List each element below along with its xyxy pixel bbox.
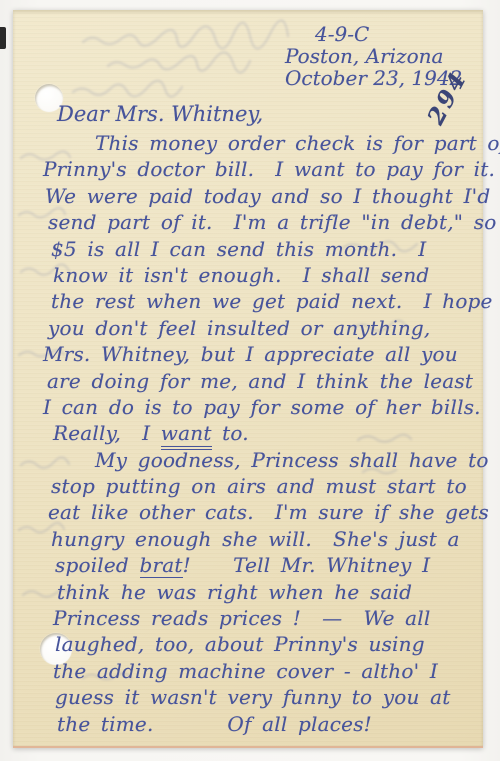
- letter-line: you don't feel insulted or anything,: [48, 315, 479, 341]
- letter-line: stop putting on airs and must start to: [51, 473, 479, 499]
- letter-line: eat like other cats. I'm sure if she get…: [48, 499, 479, 525]
- letter-line-segment: We were paid today and so I thought I'd: [45, 184, 490, 208]
- letter-header: 4-9-C Poston, Arizona October 23, 1942: [285, 23, 462, 89]
- letter-line-segment: $5 is all I can send this month. I: [51, 237, 426, 261]
- letter-line: think he was right when he said: [57, 579, 479, 605]
- letter-line: spoiled brat! Tell Mr. Whitney I: [55, 552, 479, 578]
- letter-line: This money order check is for part of: [95, 130, 479, 156]
- letter-paper: 4-9-C Poston, Arizona October 23, 1942 2…: [13, 10, 483, 748]
- letter-line-segment: are doing for me, and I think the least: [47, 369, 473, 393]
- address-line-2: Poston, Arizona: [285, 45, 462, 67]
- letter-line-segment: stop putting on airs and must start to: [51, 474, 467, 498]
- letter-line: My goodness, Princess shall have to: [95, 447, 479, 473]
- letter-line: laughed, too, about Prinny's using: [55, 631, 479, 657]
- letter-line: $5 is all I can send this month. I: [51, 236, 479, 262]
- date-line: October 23, 1942: [285, 67, 462, 89]
- letter-line-segment: the adding machine cover - altho' I: [53, 659, 438, 683]
- letter-line: guess it wasn't very funny to you at: [55, 684, 479, 710]
- letter-line-segment: ! Tell Mr. Whitney I: [183, 553, 431, 577]
- letter-line: Princess reads prices ! — We all: [53, 605, 479, 631]
- letter-line-segment: know it isn't enough. I shall send: [53, 263, 429, 287]
- letter-line-segment: hungry enough she will. She's just a: [51, 527, 460, 551]
- letter-line-segment: brat: [140, 553, 183, 578]
- letter-line: the adding machine cover - altho' I: [53, 658, 479, 684]
- letter-line: the rest when we get paid next. I hope: [51, 288, 479, 314]
- letter-line: know it isn't enough. I shall send: [53, 262, 479, 288]
- letter-line-segment: spoiled: [55, 553, 140, 577]
- letter-line-segment: send part of it. I'm a trifle "in debt,"…: [48, 210, 496, 234]
- letter-line: Mrs. Whitney, but I appreciate all you: [43, 341, 479, 367]
- letter-line-segment: eat like other cats. I'm sure if she get…: [48, 500, 489, 524]
- letter-line: Really, I want to.: [53, 420, 479, 446]
- letter-line-segment: Really, I: [53, 421, 161, 445]
- letter-line-segment: I can do is to pay for some of her bills…: [43, 395, 481, 419]
- scan-background: 4-9-C Poston, Arizona October 23, 1942 2…: [0, 0, 500, 761]
- letter-line-segment: Mrs. Whitney, but I appreciate all you: [43, 342, 458, 366]
- letter-line-segment: the time. Of all places!: [57, 712, 372, 736]
- letter-line-segment: guess it wasn't very funny to you at: [55, 685, 451, 709]
- letter-line-segment: This money order check is for part of: [95, 131, 500, 155]
- letter-line: Prinny's doctor bill. I want to pay for …: [43, 156, 479, 182]
- address-line-1: 4-9-C: [315, 23, 462, 45]
- letter-line: the time. Of all places!: [57, 711, 479, 737]
- letter-line: send part of it. I'm a trifle "in debt,"…: [48, 209, 479, 235]
- letter-line: We were paid today and so I thought I'd: [45, 183, 479, 209]
- letter-line-segment: you don't feel insulted or anything,: [48, 316, 431, 340]
- letter-line-segment: Prinny's doctor bill. I want to pay for …: [43, 157, 495, 181]
- letter-line-segment: My goodness, Princess shall have to: [95, 448, 489, 472]
- letter-line-segment: to.: [212, 421, 249, 445]
- salutation: Dear Mrs. Whitney,: [57, 102, 263, 126]
- letter-line-segment: want: [161, 421, 212, 450]
- scanner-edge-mark: [0, 27, 6, 49]
- letter-line-segment: Princess reads prices ! — We all: [53, 606, 430, 630]
- letter-line: are doing for me, and I think the least: [47, 368, 479, 394]
- letter-line-segment: laughed, too, about Prinny's using: [55, 632, 425, 656]
- letter-body: This money order check is for part ofPri…: [43, 130, 479, 737]
- letter-line-segment: the rest when we get paid next. I hope: [51, 289, 493, 313]
- letter-line-segment: think he was right when he said: [57, 580, 412, 604]
- letter-line: I can do is to pay for some of her bills…: [43, 394, 479, 420]
- letter-line: hungry enough she will. She's just a: [51, 526, 479, 552]
